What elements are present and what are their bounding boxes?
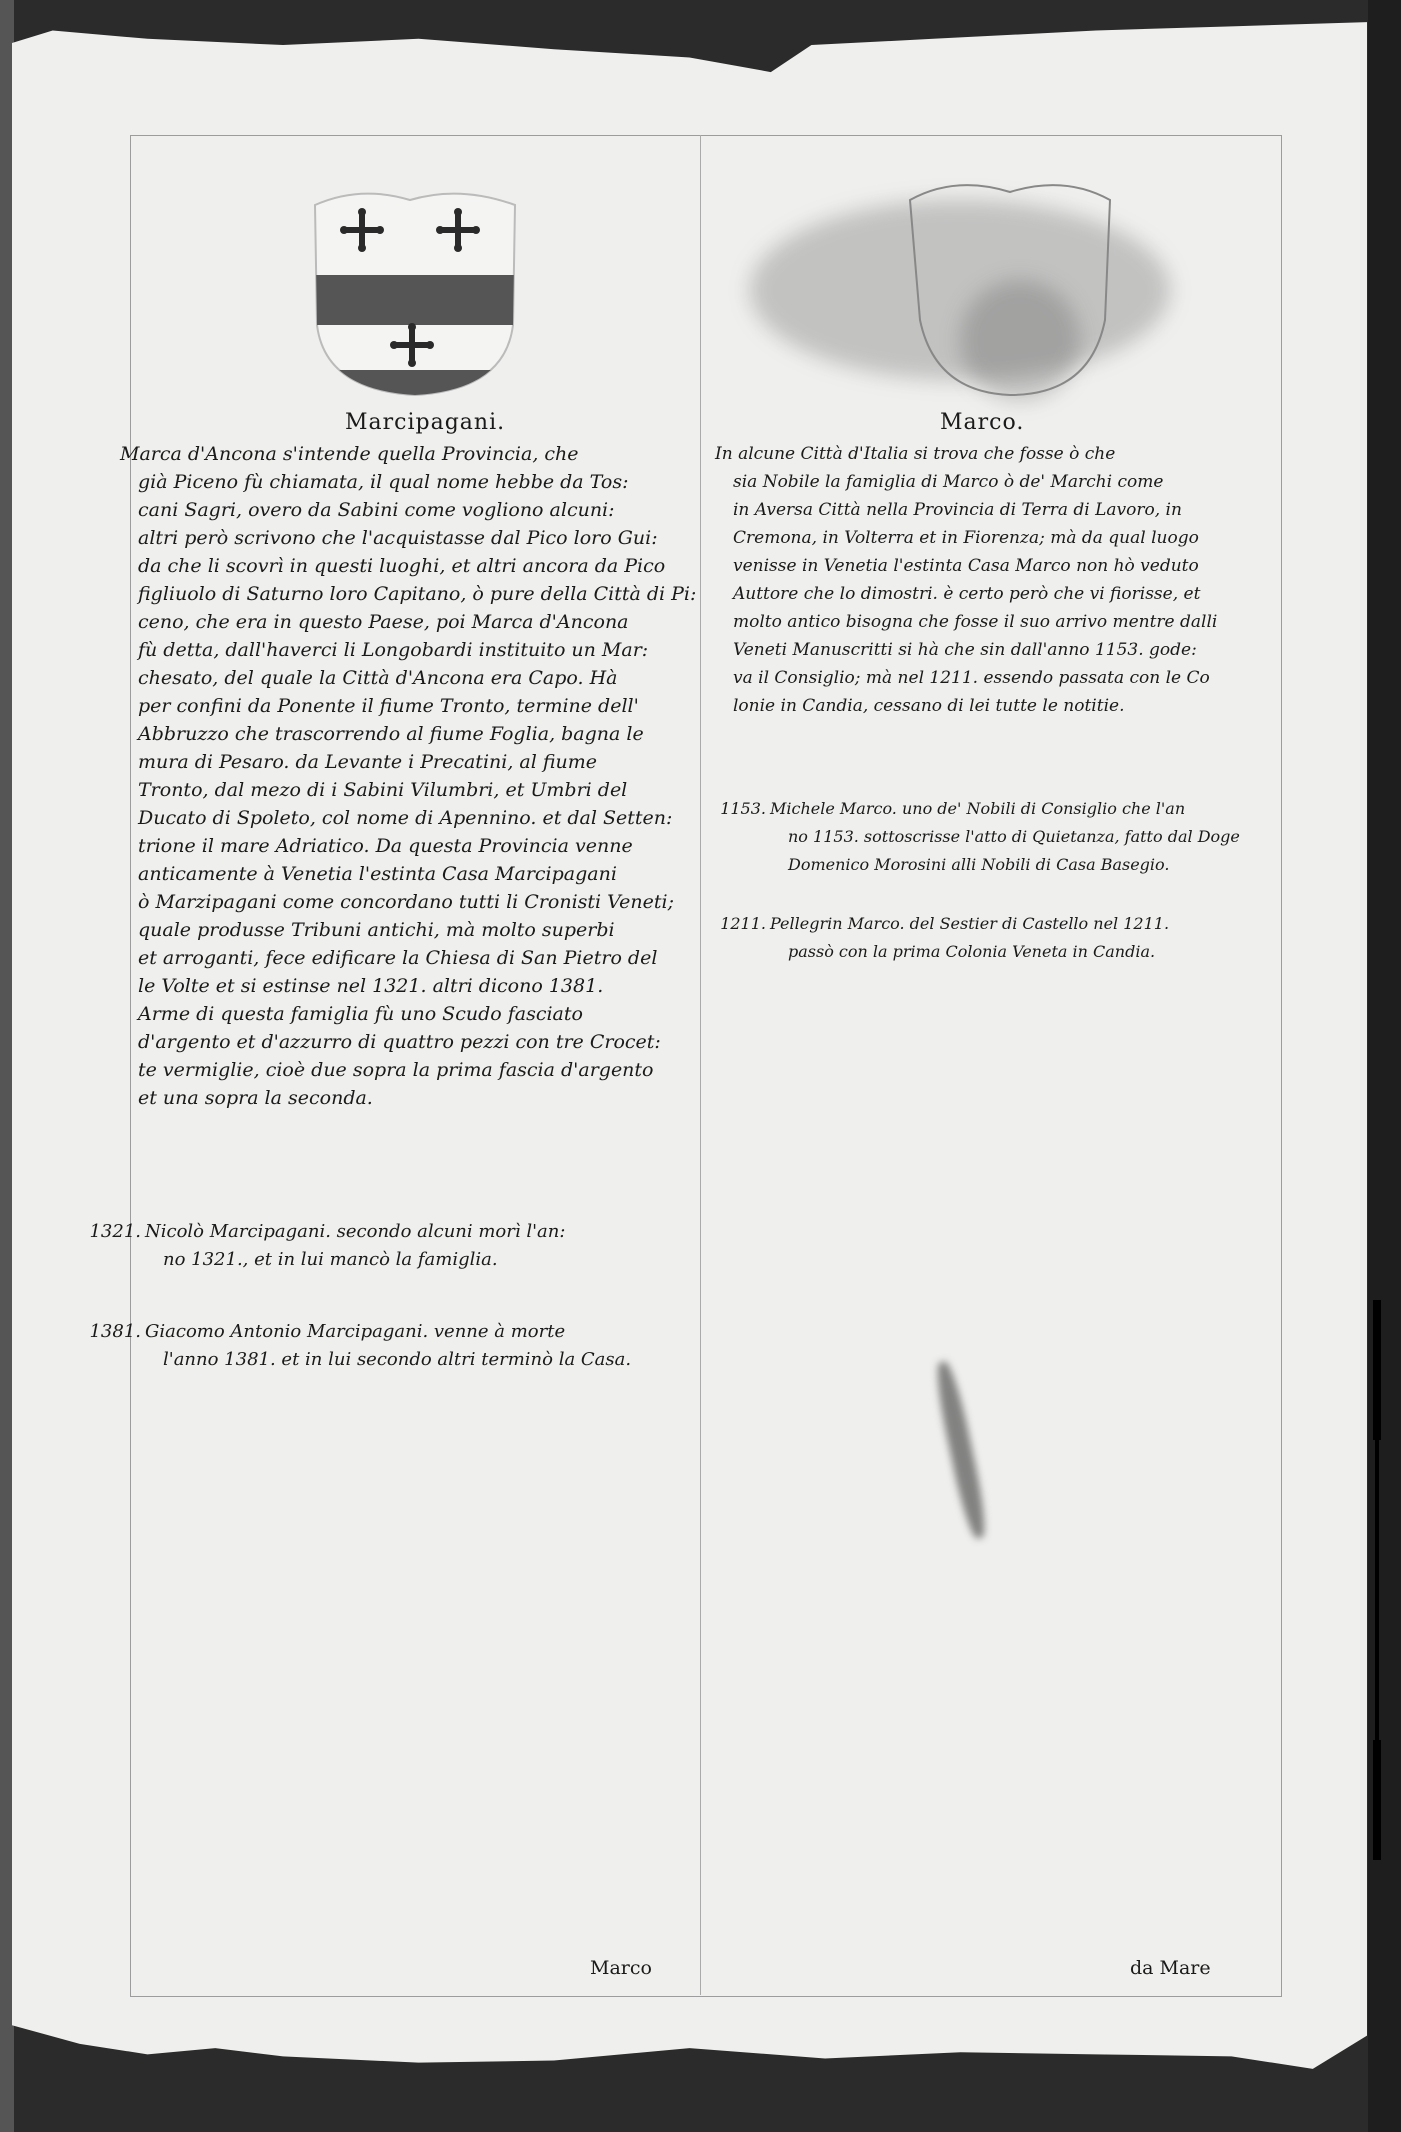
text-line: venisse in Venetia l'estinta Casa Marco … [715, 552, 1285, 580]
text-line: trione il mare Adriatico. Da questa Prov… [120, 832, 700, 860]
text-line: Tronto, dal mezo di i Sabini Vilumbri, e… [120, 776, 700, 804]
genealogy-entry: 1381. Giacomo Antonio Marcipagani. venne… [145, 1318, 631, 1374]
genealogy-entry: 1211. Pellegrin Marco. del Sestier di Ca… [770, 910, 1169, 966]
text-line: sia Nobile la famiglia di Marco ò de' Ma… [715, 468, 1285, 496]
text-line: altri però scrivono che l'acquistasse da… [120, 524, 700, 552]
text-line: passò con la prima Colonia Veneta in Can… [770, 938, 1169, 966]
page-left-edge-shadow [0, 0, 14, 2132]
text-line: fù detta, dall'haverci li Longobardi ins… [120, 636, 700, 664]
entry-year: 1381. [75, 1318, 141, 1346]
right-description: In alcune Città d'Italia si trova che fo… [715, 440, 1285, 720]
text-line: Giacomo Antonio Marcipagani. venne à mor… [145, 1318, 631, 1346]
text-line: Veneti Manuscritti si hà che sin dall'an… [715, 636, 1285, 664]
text-line: lonie in Candia, cessano di lei tutte le… [715, 692, 1285, 720]
text-line: In alcune Città d'Italia si trova che fo… [715, 440, 1285, 468]
family-heading-marco: Marco. [940, 410, 1024, 435]
text-line: Ducato di Spoleto, col nome di Apennino.… [120, 804, 700, 832]
text-line: Michele Marco. uno de' Nobili di Consigl… [770, 795, 1240, 823]
binding-stitch [1373, 1300, 1381, 1440]
text-line: chesato, del quale la Città d'Ancona era… [120, 664, 700, 692]
genealogy-entry: 1153. Michele Marco. uno de' Nobili di C… [770, 795, 1240, 879]
catchword-right: da Mare [1130, 1957, 1211, 1979]
text-line: no 1153. sottoscrisse l'atto di Quietanz… [770, 823, 1240, 851]
genealogy-entry: 1321. Nicolò Marcipagani. secondo alcuni… [145, 1218, 565, 1274]
binding-stitch [1373, 1740, 1381, 1860]
left-description: Marca d'Ancona s'intende quella Provinci… [120, 440, 700, 1112]
text-line: figliuolo di Saturno loro Capitano, ò pu… [120, 580, 700, 608]
text-line: l'anno 1381. et in lui secondo altri ter… [145, 1346, 631, 1374]
text-line: Marca d'Ancona s'intende quella Provinci… [120, 440, 700, 468]
text-line: in Aversa Città nella Provincia di Terra… [715, 496, 1285, 524]
text-line: quale produsse Tribuni antichi, mà molto… [120, 916, 700, 944]
text-line: mura di Pesaro. da Levante i Precatini, … [120, 748, 700, 776]
text-line: d'argento et d'azzurro di quattro pezzi … [120, 1028, 700, 1056]
text-line: Nicolò Marcipagani. secondo alcuni morì … [145, 1218, 565, 1246]
text-line: da che li scovrì in questi luoghi, et al… [120, 552, 700, 580]
text-line: molto antico bisogna che fosse il suo ar… [715, 608, 1285, 636]
text-line: et arroganti, fece edificare la Chiesa d… [120, 944, 700, 972]
text-line: et una sopra la seconda. [120, 1084, 700, 1112]
text-line: Domenico Morosini alli Nobili di Casa Ba… [770, 851, 1240, 879]
empty-shield-outline-icon [895, 170, 1125, 400]
text-line: anticamente à Venetia l'estinta Casa Mar… [120, 860, 700, 888]
binding-thread [1375, 1440, 1379, 1740]
text-line: te vermiglie, cioè due sopra la prima fa… [120, 1056, 700, 1084]
column-divider [700, 135, 701, 1995]
text-line: Abbruzzo che trascorrendo al fiume Fogli… [120, 720, 700, 748]
shield-with-three-crosses-icon [300, 175, 530, 405]
text-line: ceno, che era in questo Paese, poi Marca… [120, 608, 700, 636]
entry-year: 1321. [75, 1218, 141, 1246]
family-heading-marcipagani: Marcipagani. [345, 410, 505, 435]
entry-year: 1153. [700, 795, 766, 823]
text-line: no 1321., et in lui mancò la famiglia. [145, 1246, 565, 1274]
text-line: Cremona, in Volterra et in Fiorenza; mà … [715, 524, 1285, 552]
text-line: va il Consiglio; mà nel 1211. essendo pa… [715, 664, 1285, 692]
text-line: le Volte et si estinse nel 1321. altri d… [120, 972, 700, 1000]
catchword-left: Marco [590, 1957, 652, 1979]
text-line: Auttore che lo dimostri. è certo però ch… [715, 580, 1285, 608]
text-line: Pellegrin Marco. del Sestier di Castello… [770, 910, 1169, 938]
entry-year: 1211. [700, 910, 766, 938]
text-line: ò Marzipagani come concordano tutti li C… [120, 888, 700, 916]
text-line: già Piceno fù chiamata, il qual nome heb… [120, 468, 700, 496]
text-line: per confini da Ponente il fiume Tronto, … [120, 692, 700, 720]
text-line: cani Sagri, overo da Sabini come voglion… [120, 496, 700, 524]
text-line: Arme di questa famiglia fù uno Scudo fas… [120, 1000, 700, 1028]
